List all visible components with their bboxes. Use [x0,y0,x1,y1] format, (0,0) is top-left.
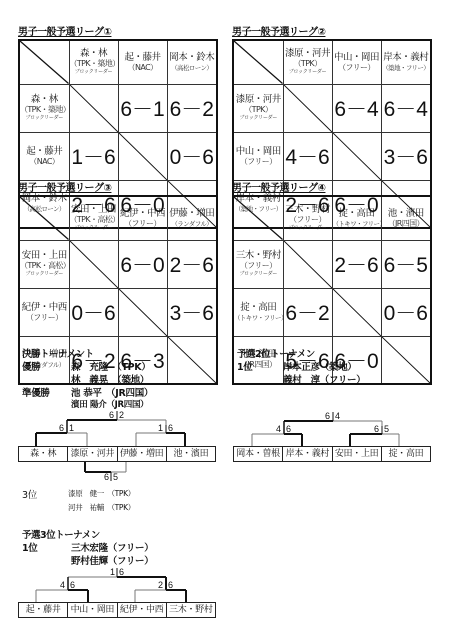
semi1-score-left: 4 [60,580,65,590]
third-team-row: 起・藤井 中山・岡田 紀伊・中西 三木・野村 [18,602,216,618]
semi2-score-right: 6 [168,580,173,590]
semi2-score-left: 2 [158,580,163,590]
third-bracket-lines [0,0,452,640]
bracket-team: 起・藤井 [19,603,68,617]
bracket-team: 紀伊・中西 [118,603,167,617]
semi1-score-right: 6 [70,580,75,590]
bracket-team: 中山・岡田 [68,603,117,617]
final-score-right: 6 [119,567,124,577]
bracket-team: 三木・野村 [167,603,215,617]
final-score-left: 1 [110,567,115,577]
